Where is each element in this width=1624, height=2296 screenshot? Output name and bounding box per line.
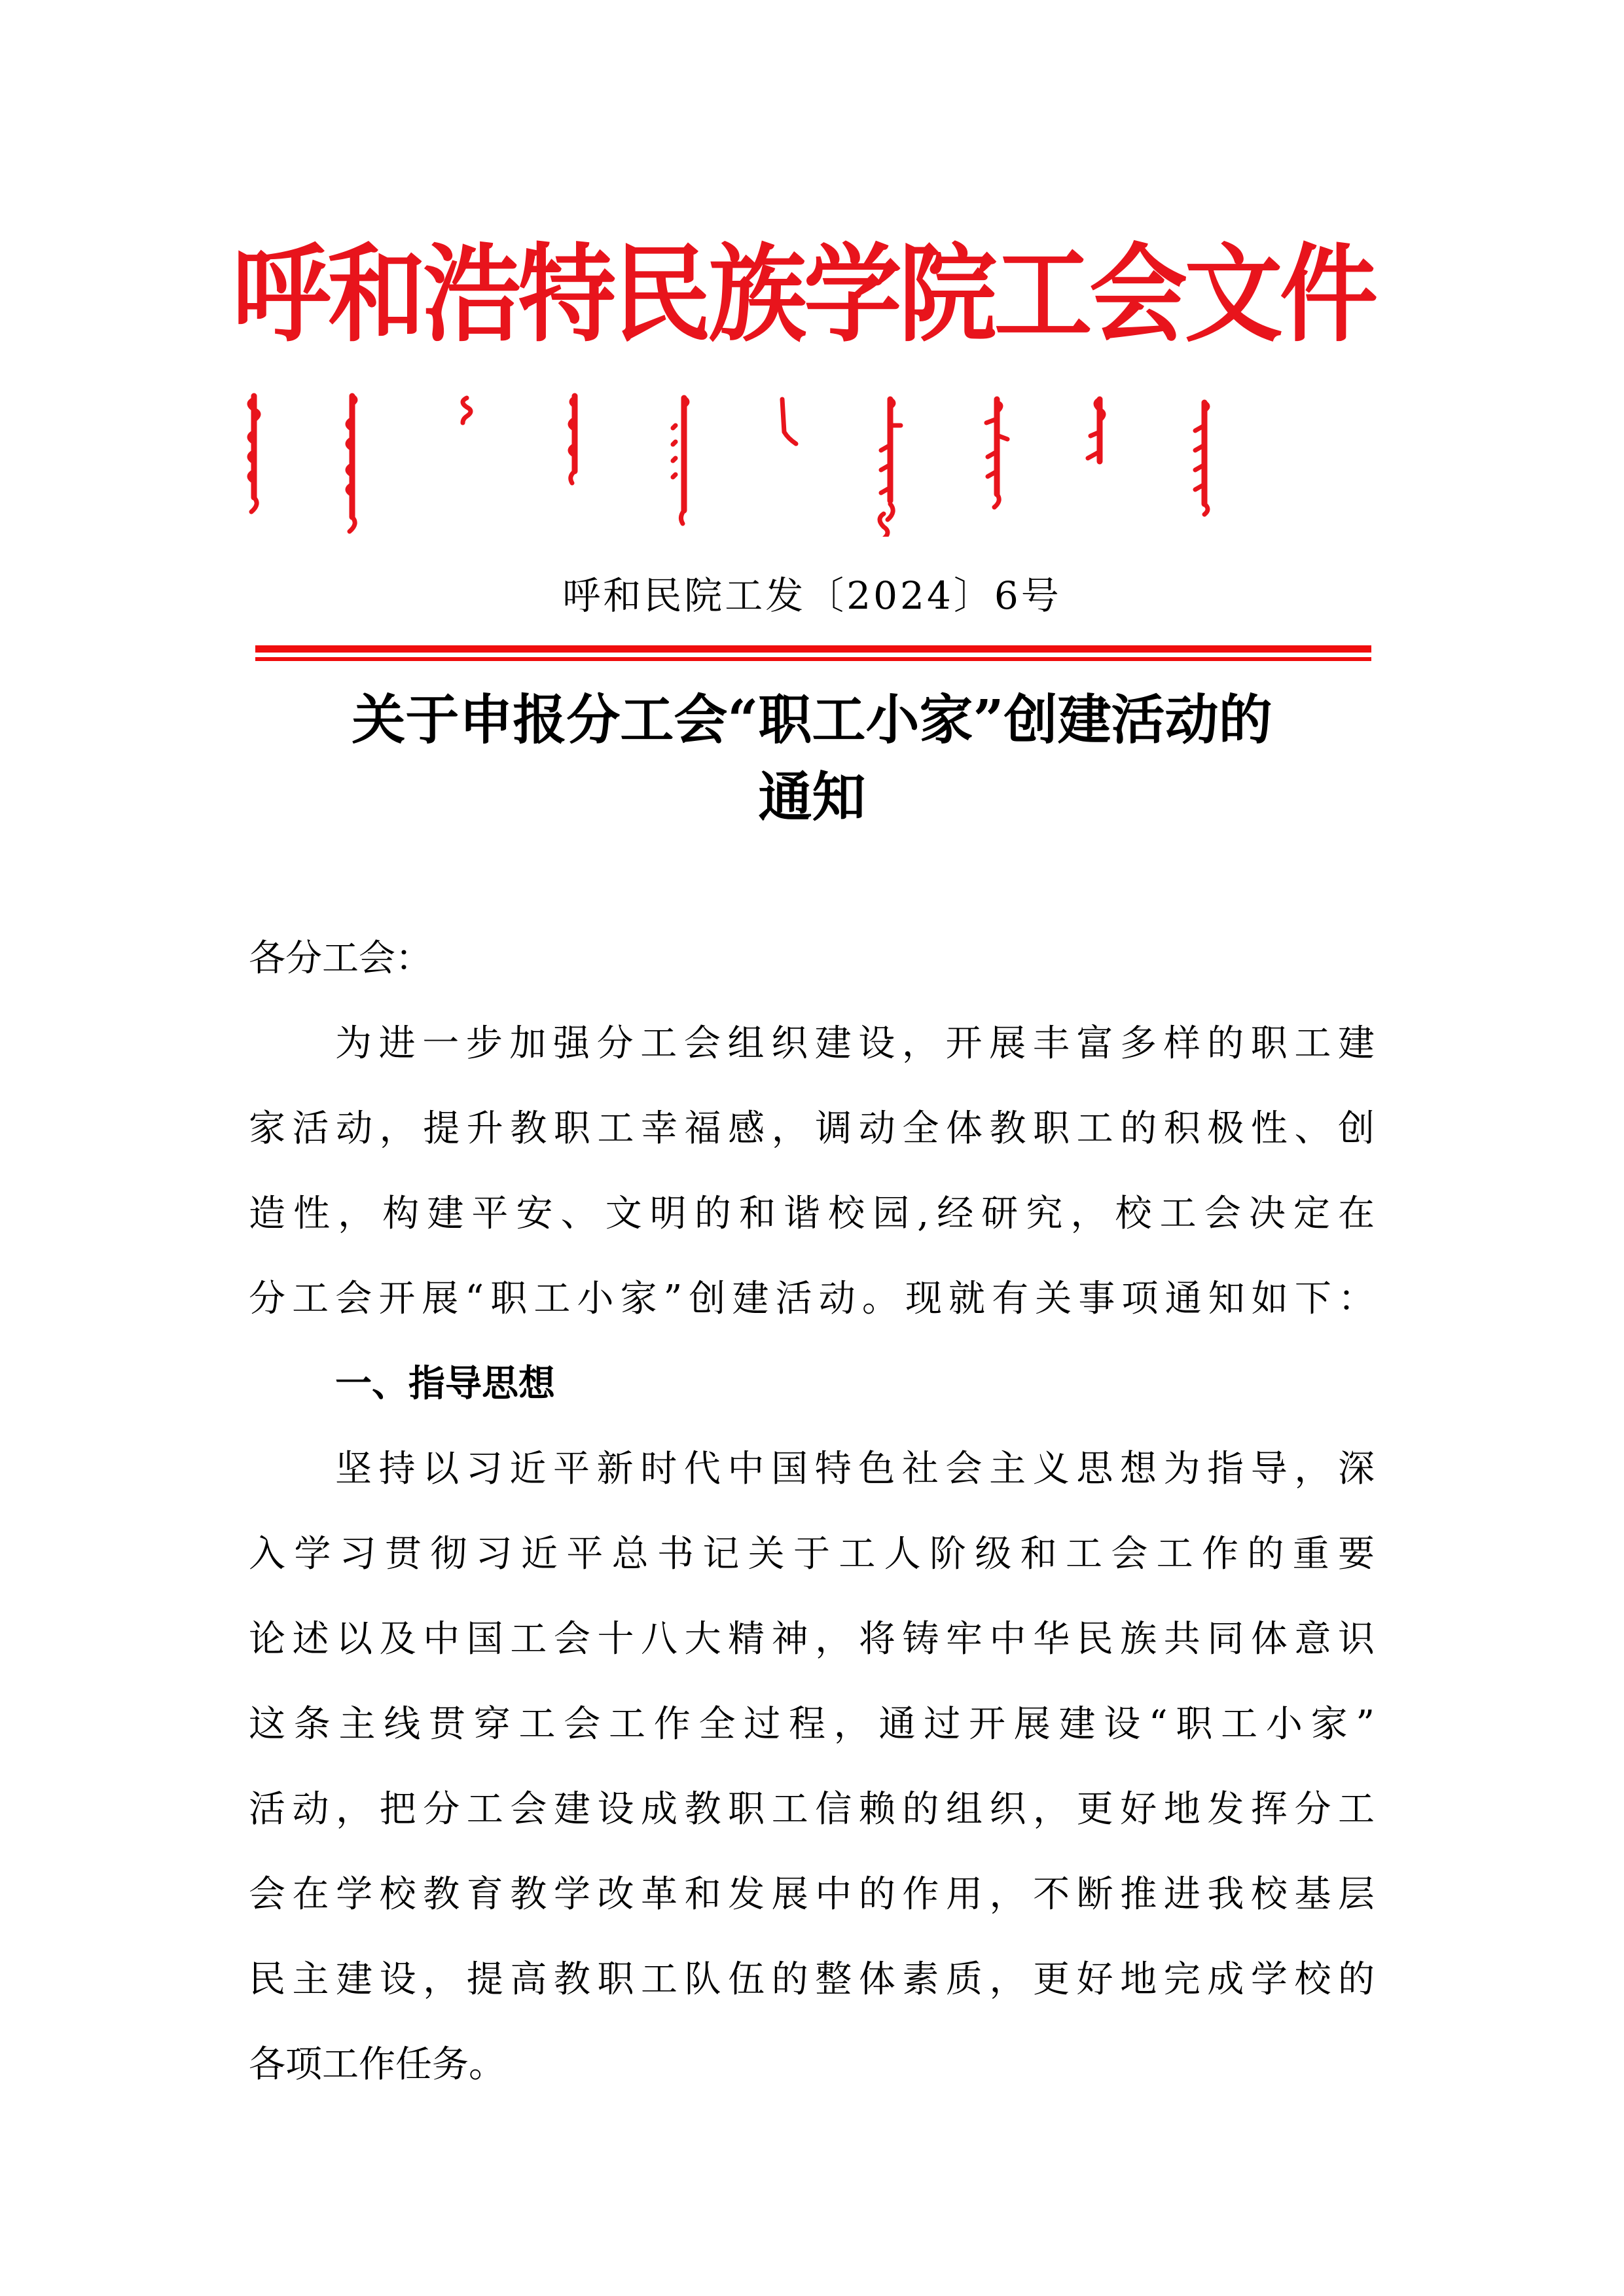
paragraph-line: 家活动，提升教职工幸福感，调动全体教职工的积极性、创 <box>249 1106 1375 1152</box>
masthead-char: 族 <box>708 227 800 361</box>
masthead-char: 学 <box>804 227 895 361</box>
paragraph-line: 造性，构建平安、文明的和谐校园,经研究，校工会决定在 <box>249 1191 1375 1237</box>
section-heading: 一、指导思想 <box>335 1361 1375 1407</box>
paragraph-line: 论述以及中国工会十八大精神，将铸牢中华民族共同体意识 <box>249 1617 1375 1662</box>
paragraph-line: 民主建设，提高教职工队伍的整体素质，更好地完成学校的 <box>249 1957 1375 2003</box>
masthead-char: 文 <box>1185 227 1276 361</box>
paragraph-line: 会在学校教育教学改革和发展中的作用，不断推进我校基层 <box>249 1872 1375 1918</box>
masthead-title: 呼 和 浩 特 民 族 学 院 工 会 文 件 <box>232 232 1371 357</box>
masthead-char: 工 <box>994 227 1086 361</box>
paragraph-line: 各项工作任务。 <box>249 2042 1375 2088</box>
masthead-char: 件 <box>1280 227 1371 361</box>
paragraph-line: 入学习贯彻习近平总书记关于工人阶级和工会工作的重要 <box>249 1532 1375 1577</box>
masthead-char: 浩 <box>423 227 514 361</box>
masthead-char: 特 <box>518 227 609 361</box>
masthead-char: 会 <box>1089 227 1181 361</box>
masthead-char: 和 <box>327 227 419 361</box>
mongolian-script-title <box>223 380 1394 537</box>
masthead-char: 院 <box>899 227 990 361</box>
masthead-char: 民 <box>613 227 705 361</box>
document-number: 呼和民院工发〔2024〕6号 <box>0 569 1624 622</box>
red-rule-thin <box>255 657 1371 661</box>
document-title-line-2: 通知 <box>0 764 1624 830</box>
paragraph-line: 这条主线贯穿工会工作全过程，通过开展建设“职工小家” <box>249 1702 1375 1748</box>
paragraph-line: 活动，把分工会建设成教职工信赖的组织，更好地发挥分工 <box>249 1787 1375 1833</box>
paragraph-line: 分工会开展“职工小家”创建活动。现就有关事项通知如下： <box>249 1276 1375 1322</box>
mongolian-script-icon <box>223 380 1394 537</box>
masthead-char: 呼 <box>232 227 324 361</box>
red-rule-thick <box>255 645 1371 653</box>
salutation: 各分工会： <box>249 936 1375 982</box>
document-title-line-1: 关于申报分工会“职工小家”创建活动的 <box>0 687 1624 753</box>
paragraph-line: 为进一步加强分工会组织建设，开展丰富多样的职工建 <box>335 1021 1375 1067</box>
paragraph-line: 坚持以习近平新时代中国特色社会主义思想为指导，深 <box>335 1446 1375 1492</box>
